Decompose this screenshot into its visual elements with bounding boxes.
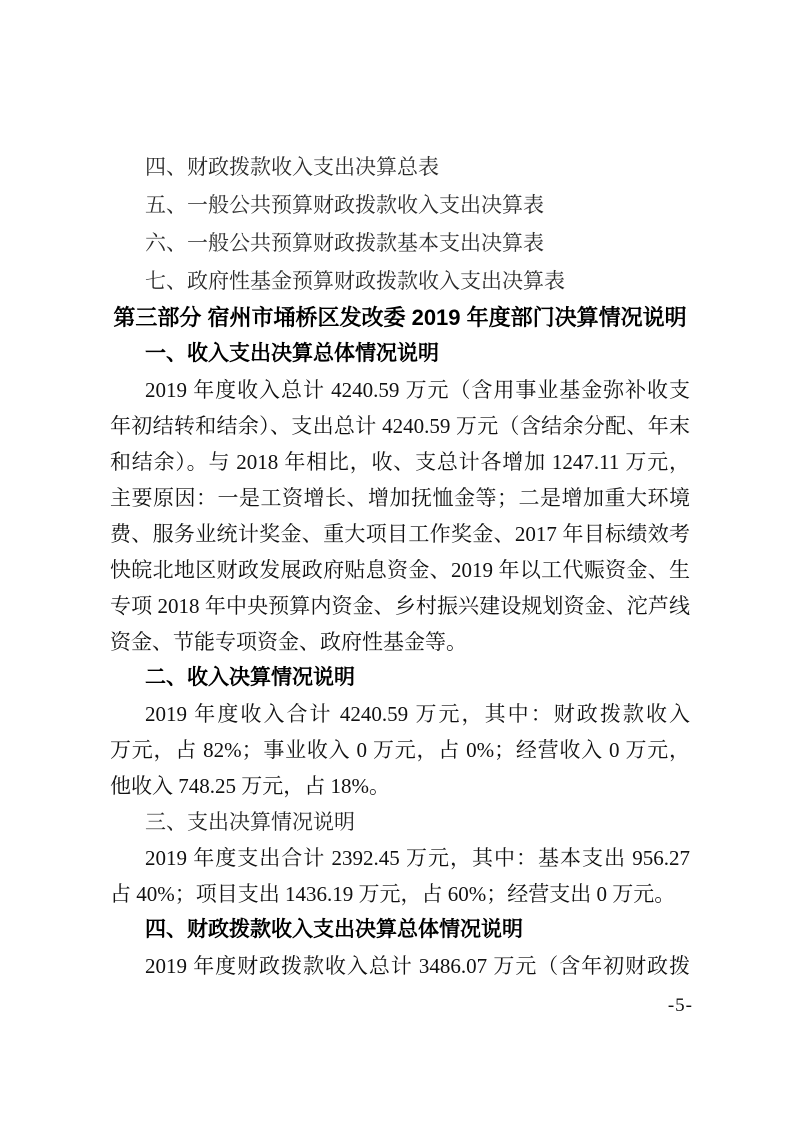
paragraph-line: 专项 2018 年中央预算内资金、乡村振兴建设规划资金、沱芦线改造 xyxy=(110,588,690,624)
paragraph-line: 2019 年度收入总计 4240.59 万元（含用事业基金弥补收支差额、 xyxy=(110,372,690,408)
paragraph-line: 资金、节能专项资金、政府性基金等。 xyxy=(110,624,690,660)
page-number: -5- xyxy=(668,994,693,1018)
paragraph-line: 占 40%；项目支出 1436.19 万元，占 60%；经营支出 0 万元。 xyxy=(110,876,690,912)
paragraph-line: 2019 年度支出合计 2392.45 万元，其中：基本支出 956.27 万元… xyxy=(110,840,690,876)
paragraph-line: 费、服务业统计奖金、重大项目工作奖金、2017 年目标绩效考核、加 xyxy=(110,516,690,552)
paragraph-line: 年初结转和结余）、支出总计 4240.59 万元（含结余分配、年末结转 xyxy=(110,408,690,444)
section-heading: 二、收入决算情况说明 xyxy=(110,660,690,696)
document-page: 四、财政拨款收入支出决算总表五、一般公共预算财政拨款收入支出决算表六、一般公共预… xyxy=(0,0,793,1122)
paragraph-line: 主要原因：一是工资增长、增加抚恤金等；二是增加重大环境整治经 xyxy=(110,480,690,516)
section-heading: 一、收入支出决算总体情况说明 xyxy=(110,336,690,372)
toc-item: 五、一般公共预算财政拨款收入支出决算表 xyxy=(110,186,690,224)
sections: 一、收入支出决算总体情况说明2019 年度收入总计 4240.59 万元（含用事… xyxy=(110,336,690,984)
toc-list: 四、财政拨款收入支出决算总表五、一般公共预算财政拨款收入支出决算表六、一般公共预… xyxy=(110,148,690,300)
paragraph-line: 他收入 748.25 万元，占 18%。 xyxy=(110,768,690,804)
toc-item: 七、政府性基金预算财政拨款收入支出决算表 xyxy=(110,262,690,300)
paragraph-line: 快皖北地区财政发展政府贴息资金、2019 年以工代赈资金、生态文明 xyxy=(110,552,690,588)
section-heading: 四、财政拨款收入支出决算总体情况说明 xyxy=(110,912,690,948)
paragraph-line: 2019 年度财政拨款收入总计 3486.07 万元（含年初财政拨款结转 xyxy=(110,948,690,984)
part-heading: 第三部分 宿州市埇桥区发改委 2019 年度部门决算情况说明 xyxy=(110,300,690,336)
toc-item: 六、一般公共预算财政拨款基本支出决算表 xyxy=(110,224,690,262)
paragraph-line: 和结余）。与 2018 年相比，收、支总计各增加 1247.11 万元，增长 2… xyxy=(110,444,690,480)
paragraph-line: 万元，占 82%；事业收入 0 万元，占 0%；经营收入 0 万元，占 0%；其 xyxy=(110,732,690,768)
toc-item: 四、财政拨款收入支出决算总表 xyxy=(110,148,690,186)
section-heading: 三、支出决算情况说明 xyxy=(110,804,690,840)
paragraph-line: 2019 年度收入合计 4240.59 万元，其中：财政拨款收入 3486.07 xyxy=(110,696,690,732)
document-content: 四、财政拨款收入支出决算总表五、一般公共预算财政拨款收入支出决算表六、一般公共预… xyxy=(110,148,690,984)
